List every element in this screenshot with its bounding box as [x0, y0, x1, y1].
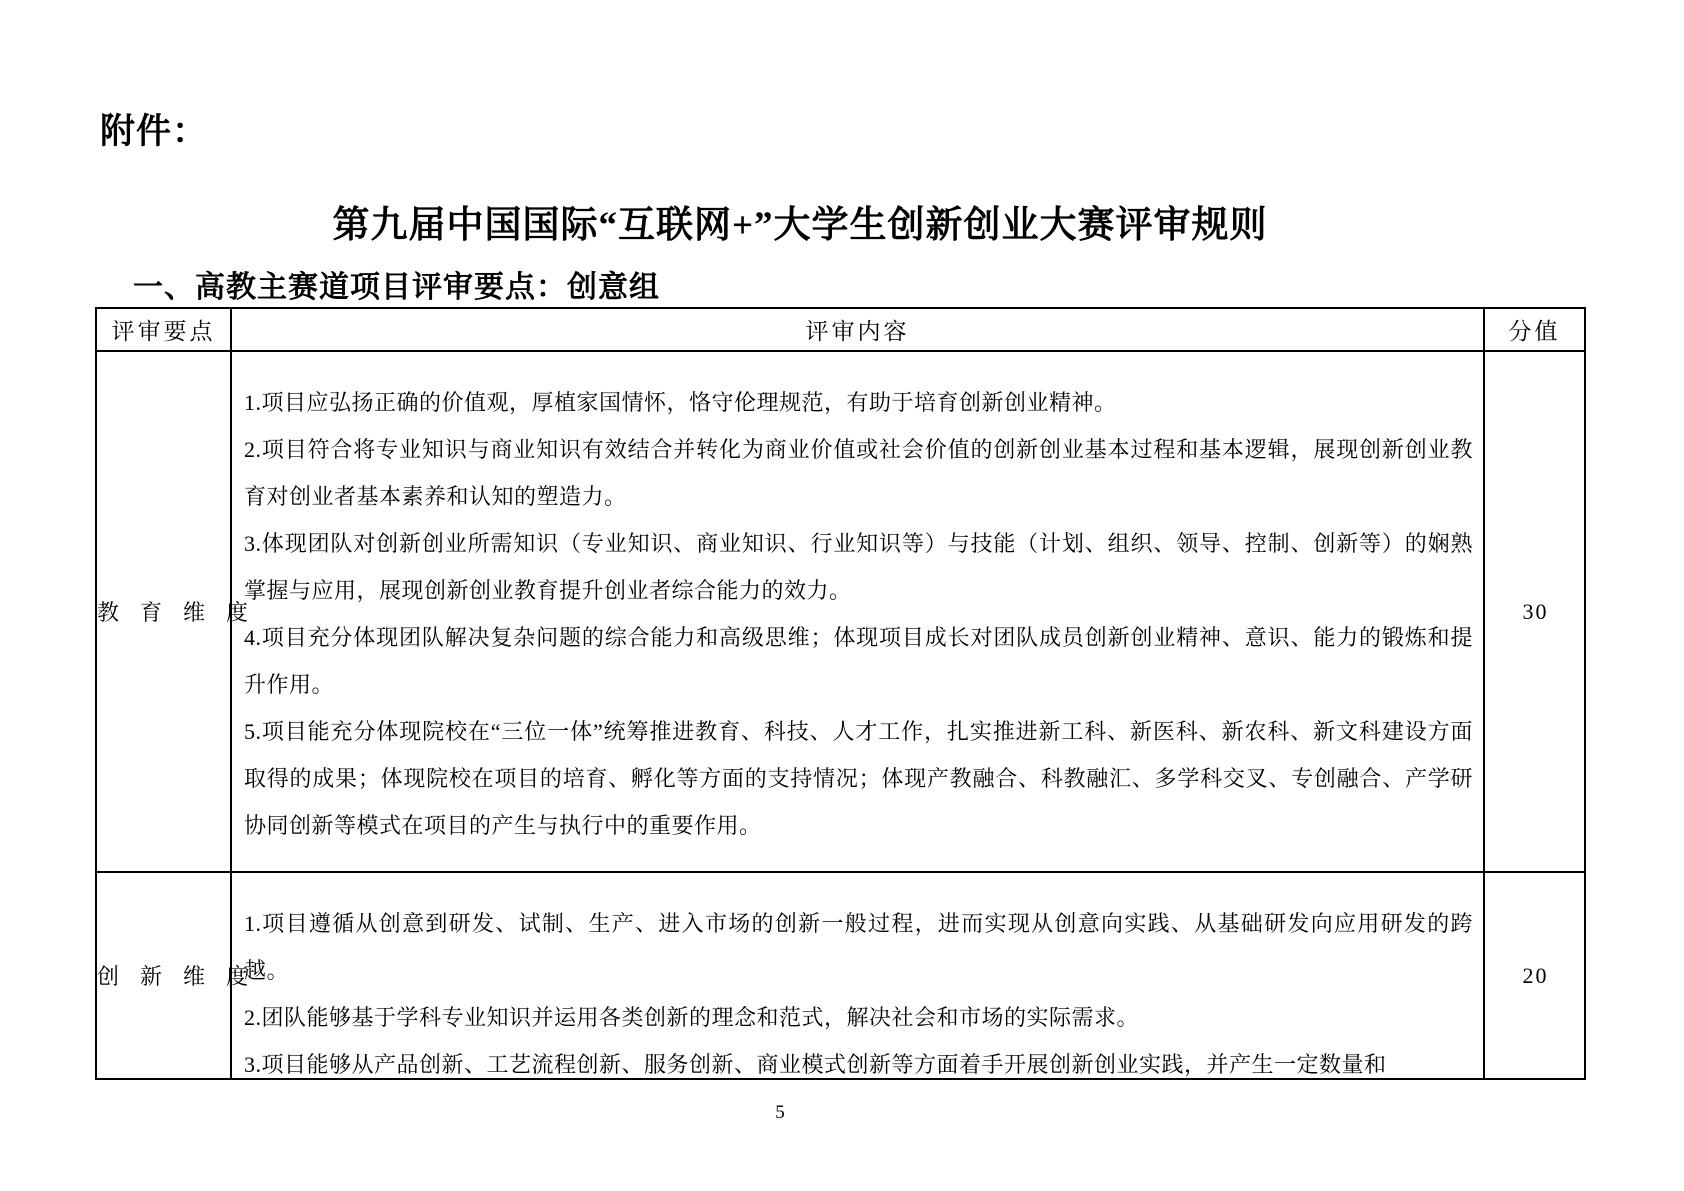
score-value: 30	[1523, 599, 1549, 624]
criteria-item-5: 5.项目能充分体现院校在“三位一体”统筹推进教育、科技、人才工作，扎实推进新工科…	[244, 708, 1473, 849]
column-header-review-points: 评审要点	[96, 308, 231, 351]
criteria-list: 1.项目应弘扬正确的价值观，厚植家国情怀，恪守伦理规范，有助于培育创新创业精神。…	[244, 379, 1473, 871]
document-page: 附件： 第九届中国国际“互联网+”大学生创新创业大赛评审规则 一、高教主赛道项目…	[0, 0, 1684, 1191]
criteria-item-2: 2.项目符合将专业知识与商业知识有效结合并转化为商业价值或社会价值的创新创业基本…	[244, 426, 1473, 520]
criteria-item-1: 1.项目遵循从创意到研发、试制、生产、进入市场的创新一般过程，进而实现从创意向实…	[244, 900, 1473, 994]
content-cell-education: 1.项目应弘扬正确的价值观，厚植家国情怀，恪守伦理规范，有助于培育创新创业精神。…	[231, 351, 1484, 872]
column-header-review-content: 评审内容	[231, 308, 1484, 351]
table-header-row: 评审要点 评审内容 分值	[96, 308, 1585, 351]
score-cell-education: 30	[1484, 351, 1585, 872]
criteria-item-1: 1.项目应弘扬正确的价值观，厚植家国情怀，恪守伦理规范，有助于培育创新创业精神。	[244, 379, 1473, 426]
table-row-innovation-dimension: 创新维度 1.项目遵循从创意到研发、试制、生产、进入市场的创新一般过程，进而实现…	[96, 872, 1585, 1079]
section-heading: 一、高教主赛道项目评审要点：创意组	[133, 262, 660, 306]
document-title: 第九届中国国际“互联网+”大学生创新创业大赛评审规则	[0, 194, 1600, 248]
table-row-education-dimension: 教育维度 1.项目应弘扬正确的价值观，厚植家国情怀，恪守伦理规范，有助于培育创新…	[96, 351, 1585, 872]
score-cell-innovation: 20	[1484, 872, 1585, 1079]
column-header-score: 分值	[1484, 308, 1585, 351]
criteria-item-2: 2.团队能够基于学科专业知识并运用各类创新的理念和范式，解决社会和市场的实际需求…	[244, 994, 1473, 1041]
attachment-label: 附件：	[100, 104, 208, 154]
page-number: 5	[0, 1102, 1560, 1124]
criteria-item-4: 4.项目充分体现团队解决复杂问题的综合能力和高级思维；体现项目成长对团队成员创新…	[244, 614, 1473, 708]
evaluation-rules-table: 评审要点 评审内容 分值 教育维度 1.项目应弘扬正确的价值观，厚植家国情怀，恪…	[95, 307, 1586, 1080]
score-value: 20	[1523, 963, 1549, 988]
criteria-list: 1.项目遵循从创意到研发、试制、生产、进入市场的创新一般过程，进而实现从创意向实…	[244, 900, 1473, 1078]
criteria-item-3: 3.项目能够从产品创新、工艺流程创新、服务创新、商业模式创新等方面着手开展创新创…	[244, 1041, 1473, 1078]
dimension-label-education: 教育维度	[96, 351, 231, 872]
content-cell-innovation: 1.项目遵循从创意到研发、试制、生产、进入市场的创新一般过程，进而实现从创意向实…	[231, 872, 1484, 1079]
criteria-item-3: 3.体现团队对创新创业所需知识（专业知识、商业知识、行业知识等）与技能（计划、组…	[244, 520, 1473, 614]
dimension-label-innovation: 创新维度	[96, 872, 231, 1079]
